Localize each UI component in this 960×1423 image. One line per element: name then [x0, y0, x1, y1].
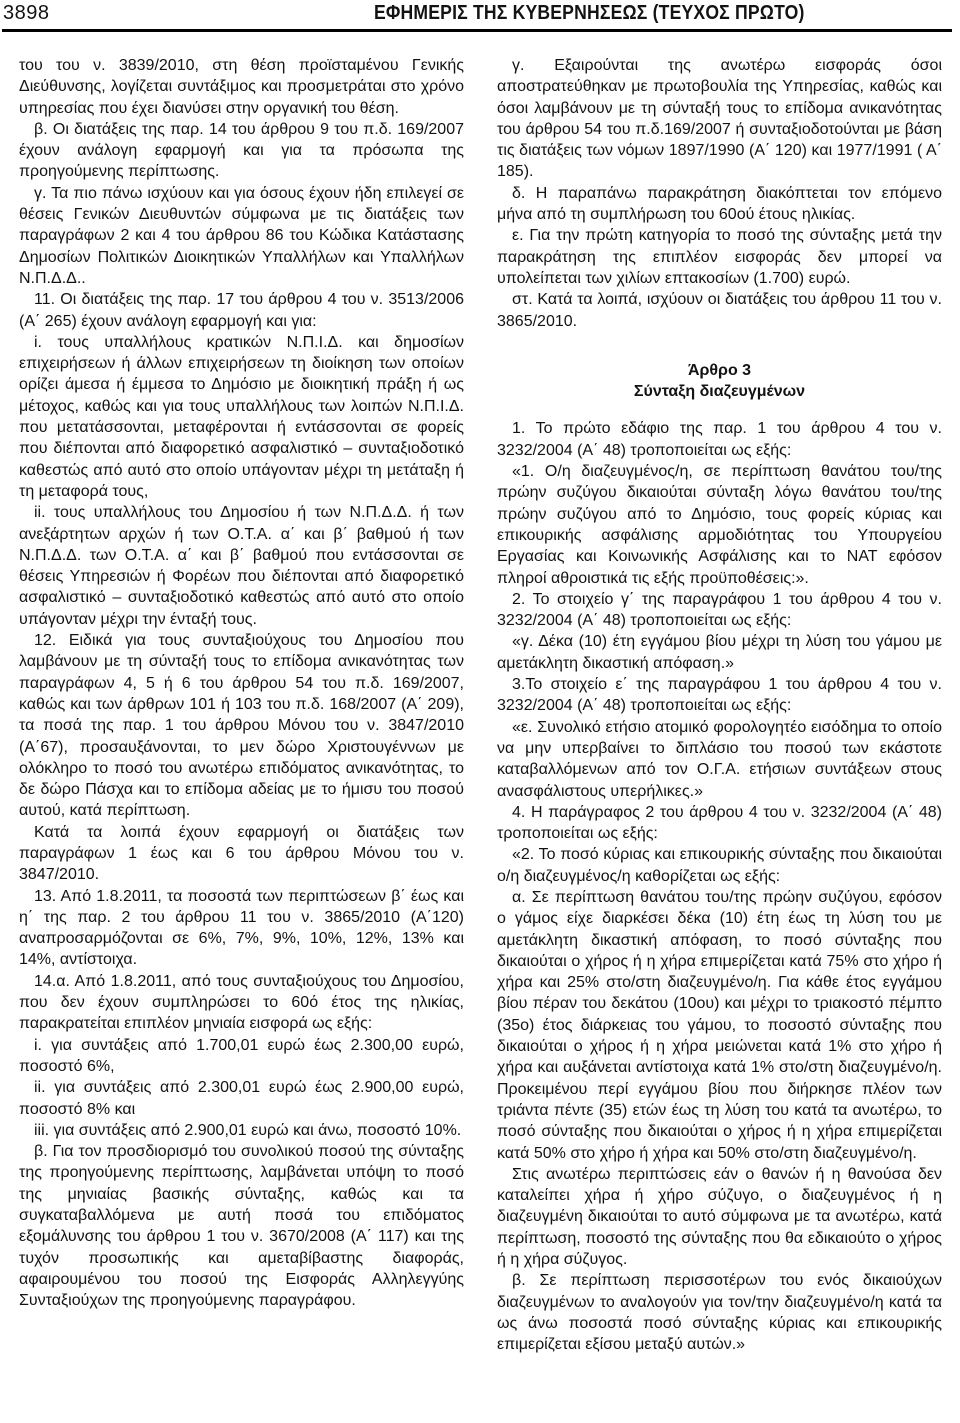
paragraph-item-d: δ. Η παραπάνω παρακράτηση διακόπτεται το…: [497, 183, 942, 226]
paragraph-art3-4: 4. Η παράγραφος 2 του άρθρου 4 του ν. 32…: [497, 802, 942, 845]
paragraph-11-i: i. τους υπαλλήλους κρατικών Ν.Π.Ι.Δ. και…: [19, 332, 464, 502]
paragraph-art3-2: 2. Το στοιχείο γ΄ της παραγράφου 1 του ά…: [497, 589, 942, 632]
paragraph-14a-ii: ii. για συντάξεις από 2.300,01 ευρώ έως …: [19, 1077, 464, 1120]
document-body: του του ν. 3839/2010, στη θέση προϊσταμέ…: [19, 55, 942, 1356]
paragraph-13: 13. Από 1.8.2011, τα ποσοστά των περιπτώ…: [19, 886, 464, 971]
paragraph-item-g-exempt: γ. Εξαιρούνται της ανωτέρω εισφοράς όσοι…: [497, 55, 942, 183]
paragraph-art3-3-quote: «ε. Συνολικό ετήσιο ατομικό φορολογητέο …: [497, 717, 942, 802]
right-column: γ. Εξαιρούνται της ανωτέρω εισφοράς όσοι…: [497, 55, 942, 1356]
paragraph-item-b: β. Οι διατάξεις της παρ. 14 του άρθρου 9…: [19, 119, 464, 183]
paragraph-11-ii: ii. τους υπαλλήλους του Δημοσίου ή των Ν…: [19, 502, 464, 630]
paragraph-art3-1-quote: «1. Ο/η διαζευγμένος/η, σε περίπτωση θαν…: [497, 461, 942, 589]
paragraph-item-st: στ. Κατά τα λοιπά, ισχύουν οι διατάξεις …: [497, 289, 942, 332]
paragraph-14a: 14.α. Από 1.8.2011, από τους συνταξιούχο…: [19, 971, 464, 1035]
paragraph-item-g: γ. Τα πιο πάνω ισχύουν και για όσους έχο…: [19, 183, 464, 289]
paragraph-art3-4a-cont: Στις ανωτέρω περιπτώσεις εάν ο θανών ή η…: [497, 1164, 942, 1270]
paragraph-item-e: ε. Για την πρώτη κατηγορία το ποσό της σ…: [497, 225, 942, 289]
paragraph-11: 11. Οι διατάξεις της παρ. 17 του άρθρου …: [19, 289, 464, 332]
header-rule: [2, 29, 952, 32]
paragraph-art3-4a: α. Σε περίπτωση θανάτου του/της πρώην συ…: [497, 887, 942, 1164]
page-number: 3898: [3, 2, 50, 25]
article-3-heading: Άρθρο 3 Σύνταξη διαζευγμένων: [497, 360, 942, 403]
paragraph-14a-i: i. για συντάξεις από 1.700,01 ευρώ έως 2…: [19, 1035, 464, 1078]
paragraph-art3-4b: β. Σε περίπτωση περισσοτέρων του ενός δι…: [497, 1270, 942, 1355]
paragraph-art3-1: 1. Το πρώτο εδάφιο της παρ. 1 του άρθρου…: [497, 418, 942, 461]
left-column: του του ν. 3839/2010, στη θέση προϊσταμέ…: [19, 55, 464, 1356]
paragraph-art3-3: 3.Το στοιχείο ε΄ της παραγράφου 1 του άρ…: [497, 674, 942, 717]
masthead-title: ΕΦΗΜΕΡΙΣ ΤΗΣ ΚΥΒΕΡΝΗΣΕΩΣ (ΤΕΥΧΟΣ ΠΡΩΤΟ): [374, 2, 805, 25]
paragraph-art3-2-quote: «γ. Δέκα (10) έτη εγγάμου βίου μέχρι τη …: [497, 631, 942, 674]
paragraph-art3-4-quote: «2. Το ποσό κύριας και επικουρικής σύντα…: [497, 844, 942, 887]
paragraph-12: 12. Ειδικά για τους συνταξιούχους του Δη…: [19, 630, 464, 822]
article-3-heading-title: Σύνταξη διαζευγμένων: [497, 381, 942, 402]
paragraph-14a-iii: iii. για συντάξεις από 2.900,01 ευρώ και…: [19, 1120, 464, 1141]
paragraph-continuation: του του ν. 3839/2010, στη θέση προϊσταμέ…: [19, 55, 464, 119]
gazette-page: 3898 ΕΦΗΜΕΡΙΣ ΤΗΣ ΚΥΒΕΡΝΗΣΕΩΣ (ΤΕΥΧΟΣ ΠΡ…: [0, 0, 960, 1423]
paragraph-14b: β. Για τον προσδιορισμό του συνολικού πο…: [19, 1141, 464, 1311]
article-3-heading-number: Άρθρο 3: [497, 360, 942, 381]
paragraph-12-closing: Κατά τα λοιπά έχουν εφαρμογή οι διατάξει…: [19, 822, 464, 886]
